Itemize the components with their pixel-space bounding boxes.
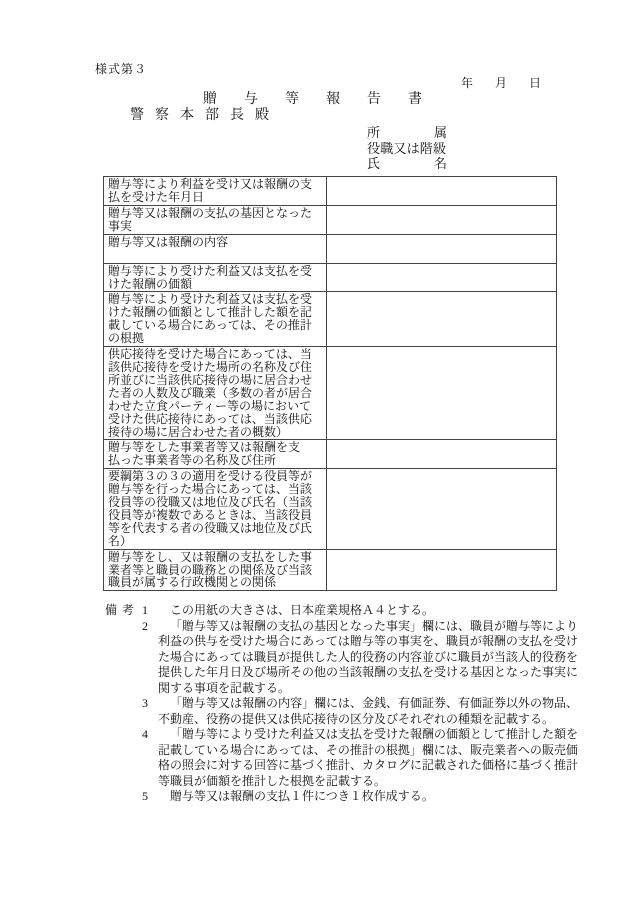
remark-item: 2 「贈与等又は報酬の支払の基因となった事実」欄には、職員が贈与等により利益の供… [142,619,580,697]
table-row: 贈与等により利益を受け又は報酬の支払を受けた年月日 [104,177,557,206]
table-row: 贈与等をし、又は報酬の支払をした事業者等と職員の職務との関係及び当該職員が属する… [104,549,557,591]
row-label: 贈与等により利益を受け又は報酬の支払を受けた年月日 [104,177,327,206]
remark-item: 3 「贈与等又は報酬の内容」欄には、金銭、有価証券、有価証券以外の物品、不動産、… [142,696,580,727]
row-label: 贈与等又は報酬の支払の基因となった事実 [104,205,327,234]
table-row: 贈与等又は報酬の支払の基因となった事実 [104,205,557,234]
signer-name: 氏 名 [367,156,447,172]
remark-text: この用紙の大きさは、日本産業規格Ａ４とする。 [158,603,580,619]
table-row: 贈与等により受けた利益又は支払を受けた報酬の価額として推計した額を記載している場… [104,292,557,347]
row-value [327,177,557,206]
row-label: 贈与等により受けた利益又は支払を受けた報酬の価額 [104,263,327,292]
remark-number: 3 [142,696,158,727]
table-row: 贈与等又は報酬の内容 [104,234,557,263]
signer-position-label: 役職又は階級 [367,141,446,157]
remarks-section: 備考 1 この用紙の大きさは、日本産業規格Ａ４とする。 2 「贈与等又は報酬の支… [105,603,580,805]
row-value [327,292,557,347]
table-row: 贈与等をした事業者等又は報酬を支払った事業者等の名称及び住所 [104,440,557,469]
row-value [327,234,557,263]
remark-number: 1 [142,603,158,619]
row-label: 贈与等をし、又は報酬の支払をした事業者等と職員の職務との関係及び当該職員が属する… [104,549,327,591]
row-label: 贈与等をした事業者等又は報酬を支払った事業者等の名称及び住所 [104,440,327,469]
addressee-line: 警察本部長殿 [130,104,280,124]
remark-item: 5 贈与等又は報酬の支払１件につき１枚作成する。 [142,789,580,805]
date-line: 年 月 日 [461,74,546,91]
row-value [327,440,557,469]
signer-affiliation-char: 所 [367,125,380,141]
remark-number: 2 [142,619,158,697]
row-value [327,205,557,234]
form-table: 贈与等により利益を受け又は報酬の支払を受けた年月日 贈与等又は報酬の支払の基因と… [103,176,557,591]
remarks-items: 1 この用紙の大きさは、日本産業規格Ａ４とする。 2 「贈与等又は報酬の支払の基… [142,603,580,805]
signer-affiliation-char: 属 [434,125,447,141]
row-value [327,263,557,292]
remark-text: 「贈与等により受けた利益又は支払を受けた報酬の価額として推計した額を記載している… [158,727,580,789]
remarks-label: 備考 [105,603,142,619]
remark-text: 贈与等又は報酬の支払１件につき１枚作成する。 [158,789,580,805]
signer-name-char: 氏 [367,156,380,172]
row-value [327,549,557,591]
table-row: 供応接待を受けた場合にあっては、当該供応接待を受けた場所の名称及び住所並びに当該… [104,347,557,440]
signer-affiliation: 所 属 [367,125,447,141]
remark-item: 4 「贈与等により受けた利益又は支払を受けた報酬の価額として推計した額を記載して… [142,727,580,789]
row-value [327,347,557,440]
row-label: 贈与等又は報酬の内容 [104,234,327,263]
document-page: 様式第３ 年 月 日 贈与等報告書 警察本部長殿 所 属 役職又は階級 氏 名 … [0,0,630,903]
table-row: 要綱第３の３の適用を受ける役員等が贈与等を行った場合にあっては、当該役員等の役職… [104,469,557,549]
remark-text: 「贈与等又は報酬の支払の基因となった事実」欄には、職員が贈与等により利益の供与を… [158,619,580,697]
row-label: 贈与等により受けた利益又は支払を受けた報酬の価額として推計した額を記載している場… [104,292,327,347]
remark-number: 5 [142,789,158,805]
remark-number: 4 [142,727,158,789]
row-value [327,469,557,549]
row-label: 要綱第３の３の適用を受ける役員等が贈与等を行った場合にあっては、当該役員等の役職… [104,469,327,549]
table-row: 贈与等により受けた利益又は支払を受けた報酬の価額 [104,263,557,292]
remark-text: 「贈与等又は報酬の内容」欄には、金銭、有価証券、有価証券以外の物品、不動産、役務… [158,696,580,727]
signer-name-char: 名 [434,156,447,172]
signer-block: 所 属 役職又は階級 氏 名 [367,125,447,172]
signer-position: 役職又は階級 [367,141,447,157]
row-label: 供応接待を受けた場合にあっては、当該供応接待を受けた場所の名称及び住所並びに当該… [104,347,327,440]
remark-item: 1 この用紙の大きさは、日本産業規格Ａ４とする。 [142,603,580,619]
form-number: 様式第３ [95,60,147,77]
